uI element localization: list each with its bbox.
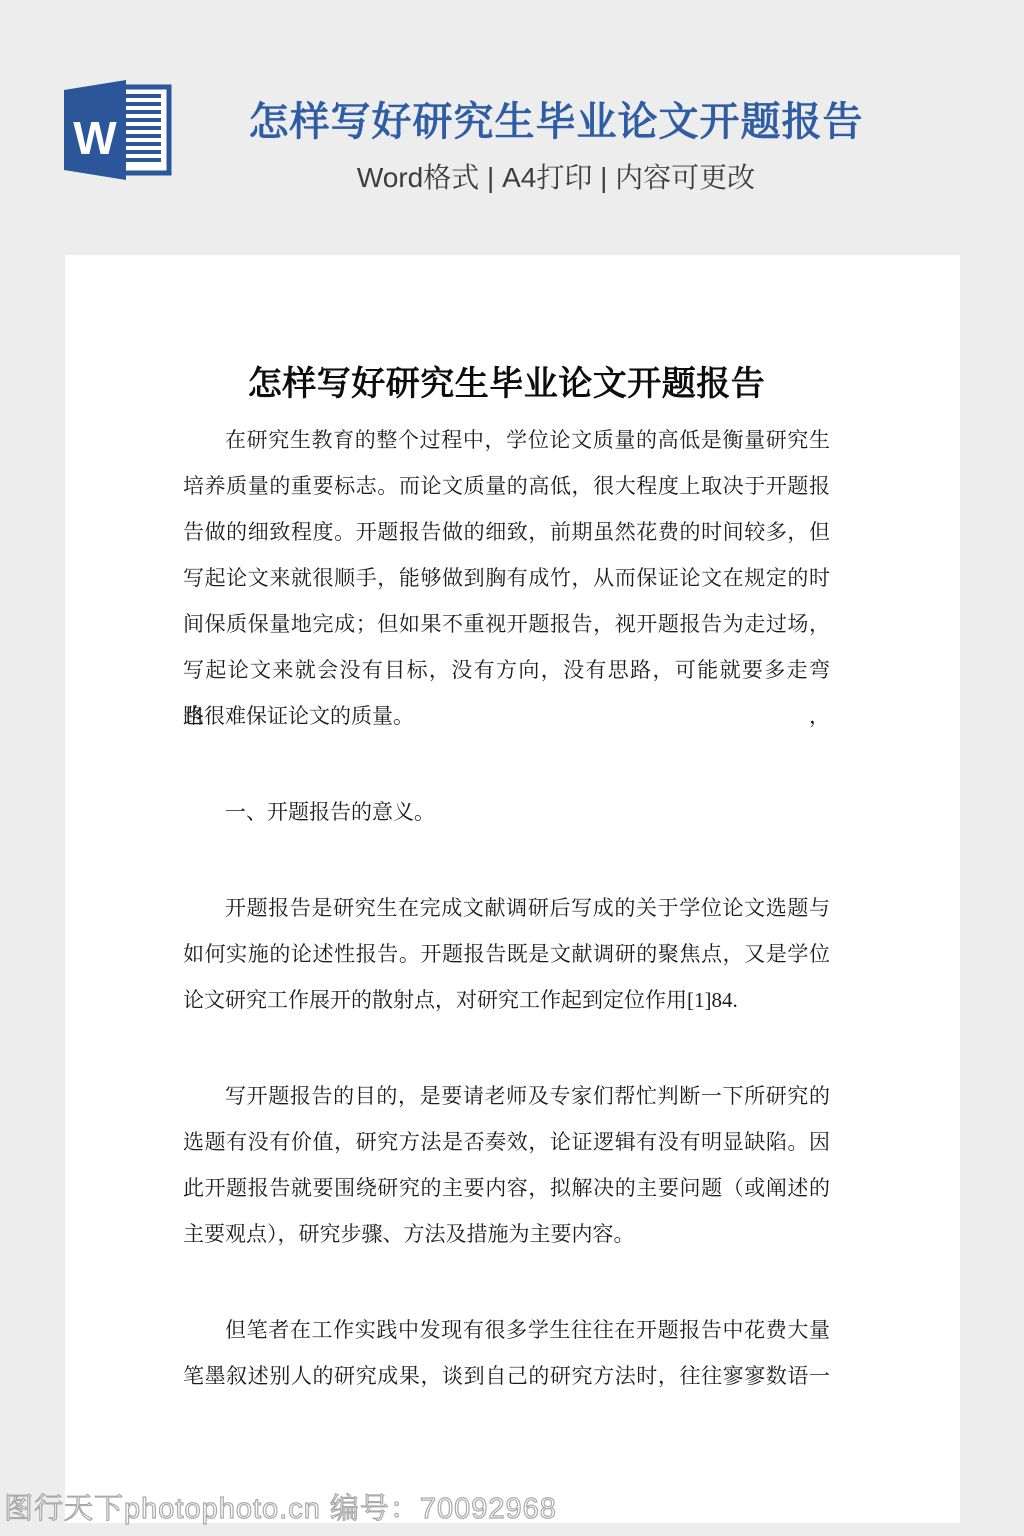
document-paragraph: 一、开题报告的意义。 [183, 789, 830, 835]
document-line: 在研究生教育的整个过程中，学位论文质量的高低是衡量研究生 [183, 417, 830, 463]
document-paragraphs: 在研究生教育的整个过程中，学位论文质量的高低是衡量研究生培养质量的重要标志。而论… [183, 417, 830, 1399]
page-background: { "colors": { "background": "#ededee", "… [0, 0, 1024, 1536]
document-line: 写开题报告的目的，是要请老师及专家们帮忙判断一下所研究的 [183, 1073, 830, 1119]
document-line: 开题报告是研究生在完成文献调研后写成的关于学位论文选题与 [183, 885, 830, 931]
word-icon-text-lines [122, 96, 161, 160]
header: W 怎样写好研究生毕业论文开题报告 Word格式 | A4打印 | 内容可更改 [0, 0, 1024, 255]
document-paragraph: 开题报告是研究生在完成文献调研后写成的关于学位论文选题与如何实施的论述性报告。开… [183, 885, 830, 1023]
document-line: 此开题报告就要围绕研究的主要内容，拟解决的主要问题（或阐述的 [183, 1165, 830, 1211]
word-logo-icon: W [64, 80, 176, 180]
document-line: 间保质保量地完成；但如果不重视开题报告，视开题报告为走过场， [183, 601, 830, 647]
document-line: 一、开题报告的意义。 [183, 789, 830, 835]
document-line: 但笔者在工作实践中发现有很多学生往往在开题报告中花费大量 [183, 1307, 830, 1353]
document-paragraph: 写开题报告的目的，是要请老师及专家们帮忙判断一下所研究的选题有没有价值，研究方法… [183, 1073, 830, 1257]
document-title: 怎样写好研究生毕业论文开题报告 [183, 361, 830, 409]
document-line: 培养质量的重要标志。而论文质量的高低，很大程度上取决于开题报 [183, 463, 830, 509]
document-content: 怎样写好研究生毕业论文开题报告 在研究生教育的整个过程中，学位论文质量的高低是衡… [65, 255, 960, 1399]
document-line: 写起论文来就很顺手，能够做到胸有成竹，从而保证论文在规定的时 [183, 555, 830, 601]
document-page: 怎样写好研究生毕业论文开题报告 在研究生教育的整个过程中，学位论文质量的高低是衡… [65, 255, 960, 1523]
word-icon-letter: W [73, 112, 117, 164]
document-line: 论文研究工作展开的散射点，对研究工作起到定位作用[1]84. [183, 977, 830, 1023]
document-paragraph: 但笔者在工作实践中发现有很多学生往往在开题报告中花费大量笔墨叙述别人的研究成果，… [183, 1307, 830, 1399]
document-line: 选题有没有价值，研究方法是否奏效，论证逻辑有没有明显缺陷。因 [183, 1119, 830, 1165]
header-subtitle: Word格式 | A4打印 | 内容可更改 [200, 156, 912, 196]
document-line: 笔墨叙述别人的研究成果，谈到自己的研究方法时，往往寥寥数语一 [183, 1353, 830, 1399]
document-paragraph: 在研究生教育的整个过程中，学位论文质量的高低是衡量研究生培养质量的重要标志。而论… [183, 417, 830, 739]
document-line: 告做的细致程度。开题报告做的细致，前期虽然花费的时间较多，但 [183, 509, 830, 555]
watermark: 图行天下photophoto.cn 编号：70092968 [4, 1486, 557, 1527]
document-line: 主要观点），研究步骤、方法及措施为主要内容。 [183, 1211, 830, 1257]
header-title: 怎样写好研究生毕业论文开题报告 [200, 90, 912, 147]
document-line: 写起论文来就会没有目标，没有方向，没有思路，可能就要多走弯路， [183, 647, 830, 693]
document-line: 如何实施的论述性报告。开题报告既是文献调研的聚焦点，又是学位 [183, 931, 830, 977]
